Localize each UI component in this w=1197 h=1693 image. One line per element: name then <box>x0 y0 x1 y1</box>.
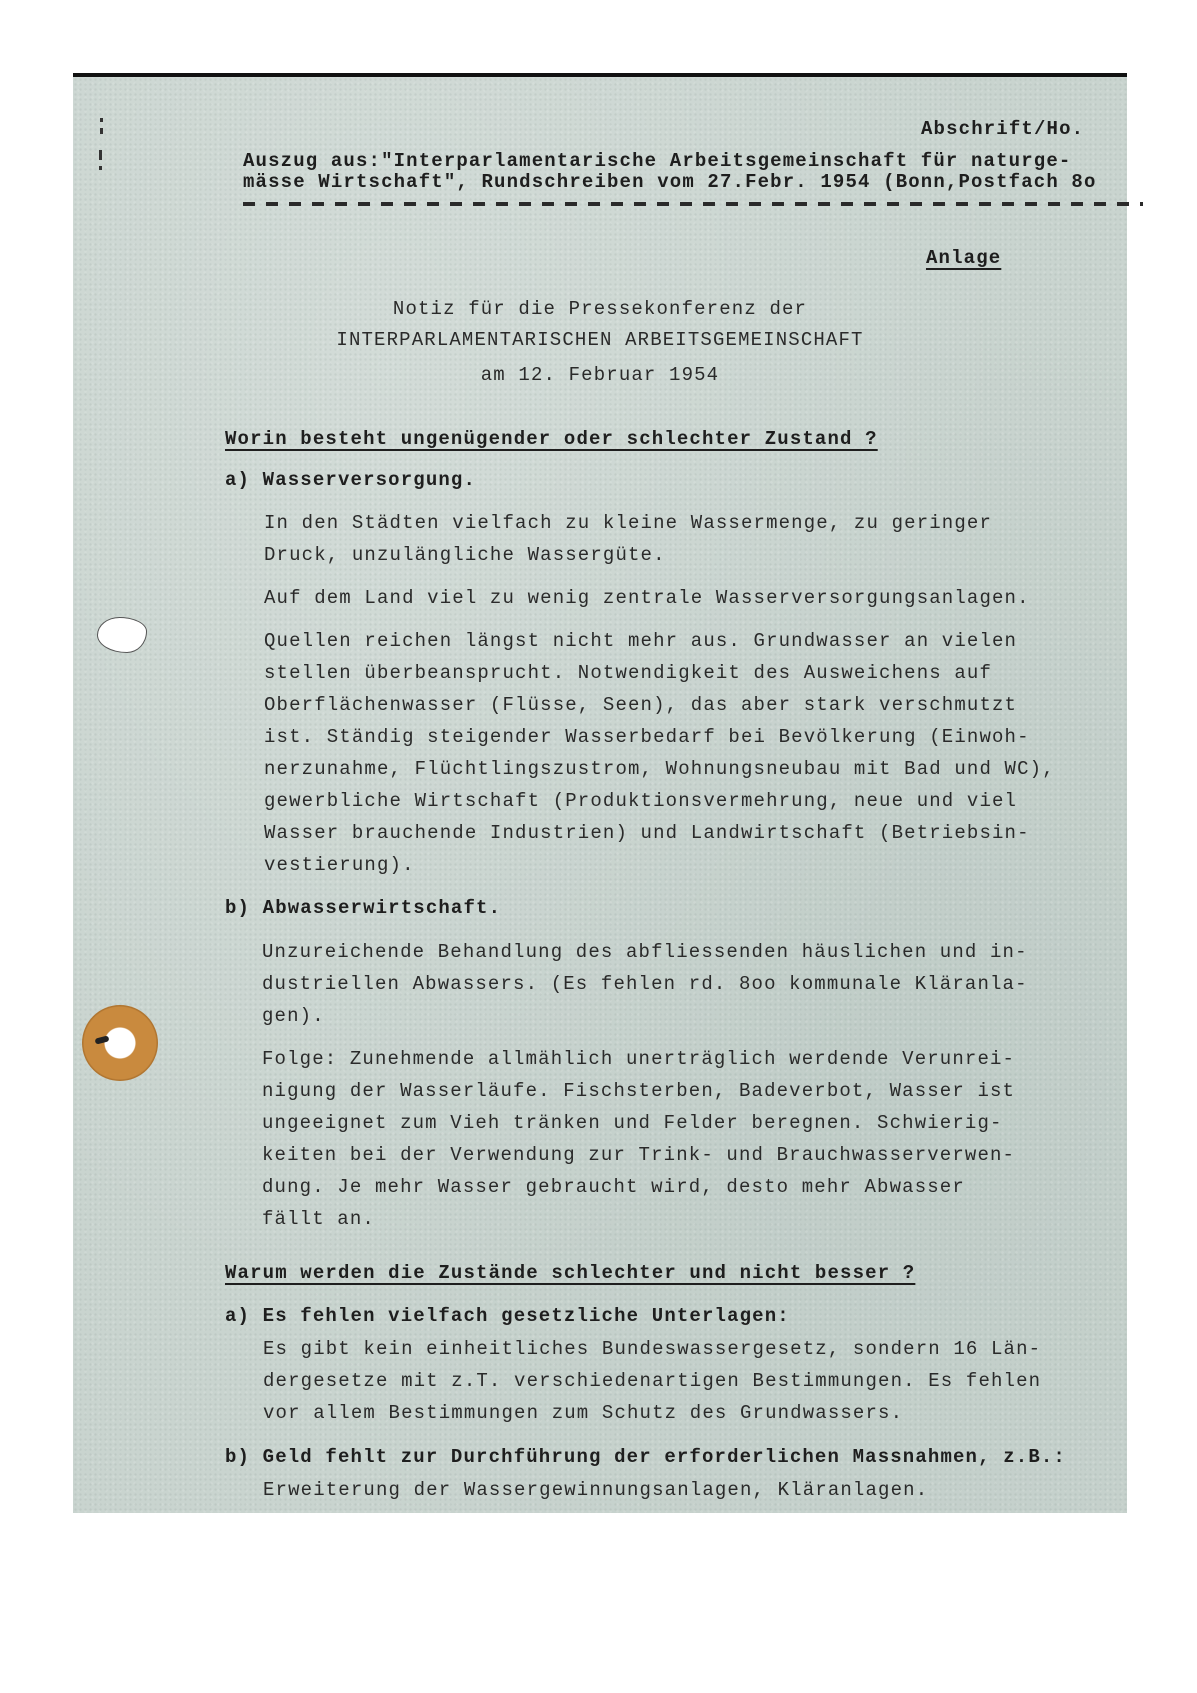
paragraph-line: Erweiterung der Wassergewinnungsanlagen,… <box>263 1481 928 1500</box>
attachment-label: Anlage <box>926 249 1001 268</box>
paragraph-line: ist. Ständig steigender Wasserbedarf bei… <box>264 728 1030 747</box>
paragraph-line: keiten bei der Verwendung zur Trink- und… <box>262 1146 1015 1165</box>
paragraph-line: Es gibt kein einheitliches Bundeswasserg… <box>263 1340 1041 1359</box>
source-line-2: mässe Wirtschaft", Rundschreiben vom 27.… <box>243 173 1097 192</box>
paragraph-line: Oberflächenwasser (Flüsse, Seen), das ab… <box>264 696 1017 715</box>
paragraph-line: Quellen reichen längst nicht mehr aus. G… <box>264 632 1017 651</box>
punch-hole-reinforcement-ring <box>82 1005 158 1081</box>
title-line: Notiz für die Pressekonferenz der <box>300 300 900 319</box>
paragraph-line: fällt an. <box>262 1210 375 1229</box>
item-label: b) Abwasserwirtschaft. <box>225 899 501 918</box>
paragraph-line: dergesetze mit z.T. verschiedenartigen B… <box>263 1372 1041 1391</box>
margin-mark <box>100 128 103 134</box>
margin-mark <box>100 118 103 122</box>
item-label: a) Wasserversorgung. <box>225 471 476 490</box>
paragraph-line: nerzunahme, Flüchtlingszustrom, Wohnungs… <box>264 760 1055 779</box>
paragraph-line: ungeeignet zum Vieh tränken und Felder b… <box>262 1114 1003 1133</box>
margin-mark <box>99 166 102 170</box>
paragraph-line: dustriellen Abwassers. (Es fehlen rd. 8o… <box>262 975 1028 994</box>
title-line: am 12. Februar 1954 <box>300 366 900 385</box>
paragraph-line: Druck, unzulängliche Wassergüte. <box>264 546 666 565</box>
item-label: b) Geld fehlt zur Durchführung der erfor… <box>225 1448 1066 1467</box>
paragraph-line: Wasser brauchende Industrien) und Landwi… <box>264 824 1030 843</box>
paragraph-line: In den Städten vielfach zu kleine Wasser… <box>264 514 992 533</box>
section-heading: Warum werden die Zustände schlechter und… <box>225 1264 915 1283</box>
paragraph-line: Folge: Zunehmende allmählich unerträglic… <box>262 1050 1015 1069</box>
section-heading: Worin besteht ungenügender oder schlecht… <box>225 430 878 449</box>
paragraph-line: gewerbliche Wirtschaft (Produktionsverme… <box>264 792 1017 811</box>
dashed-separator <box>243 202 1143 206</box>
paragraph-line: dung. Je mehr Wasser gebraucht wird, des… <box>262 1178 965 1197</box>
paragraph-line: stellen überbeansprucht. Notwendigkeit d… <box>264 664 992 683</box>
copy-note: Abschrift/Ho. <box>921 120 1084 139</box>
source-line-1: Auszug aus:"Interparlamentarische Arbeit… <box>243 152 1071 171</box>
paragraph-line: gen). <box>262 1007 325 1026</box>
item-label: a) Es fehlen vielfach gesetzliche Unterl… <box>225 1307 790 1326</box>
paragraph-line: vor allem Bestimmungen zum Schutz des Gr… <box>263 1404 903 1423</box>
paragraph-line: nigung der Wasserläufe. Fischsterben, Ba… <box>262 1082 1015 1101</box>
paragraph-line: Unzureichende Behandlung des abfliessend… <box>262 943 1028 962</box>
margin-mark <box>99 150 102 160</box>
paragraph-line: vestierung). <box>264 856 415 875</box>
paragraph-line: Auf dem Land viel zu wenig zentrale Wass… <box>264 589 1030 608</box>
title-line: INTERPARLAMENTARISCHEN ARBEITSGEMEINSCHA… <box>250 331 950 350</box>
